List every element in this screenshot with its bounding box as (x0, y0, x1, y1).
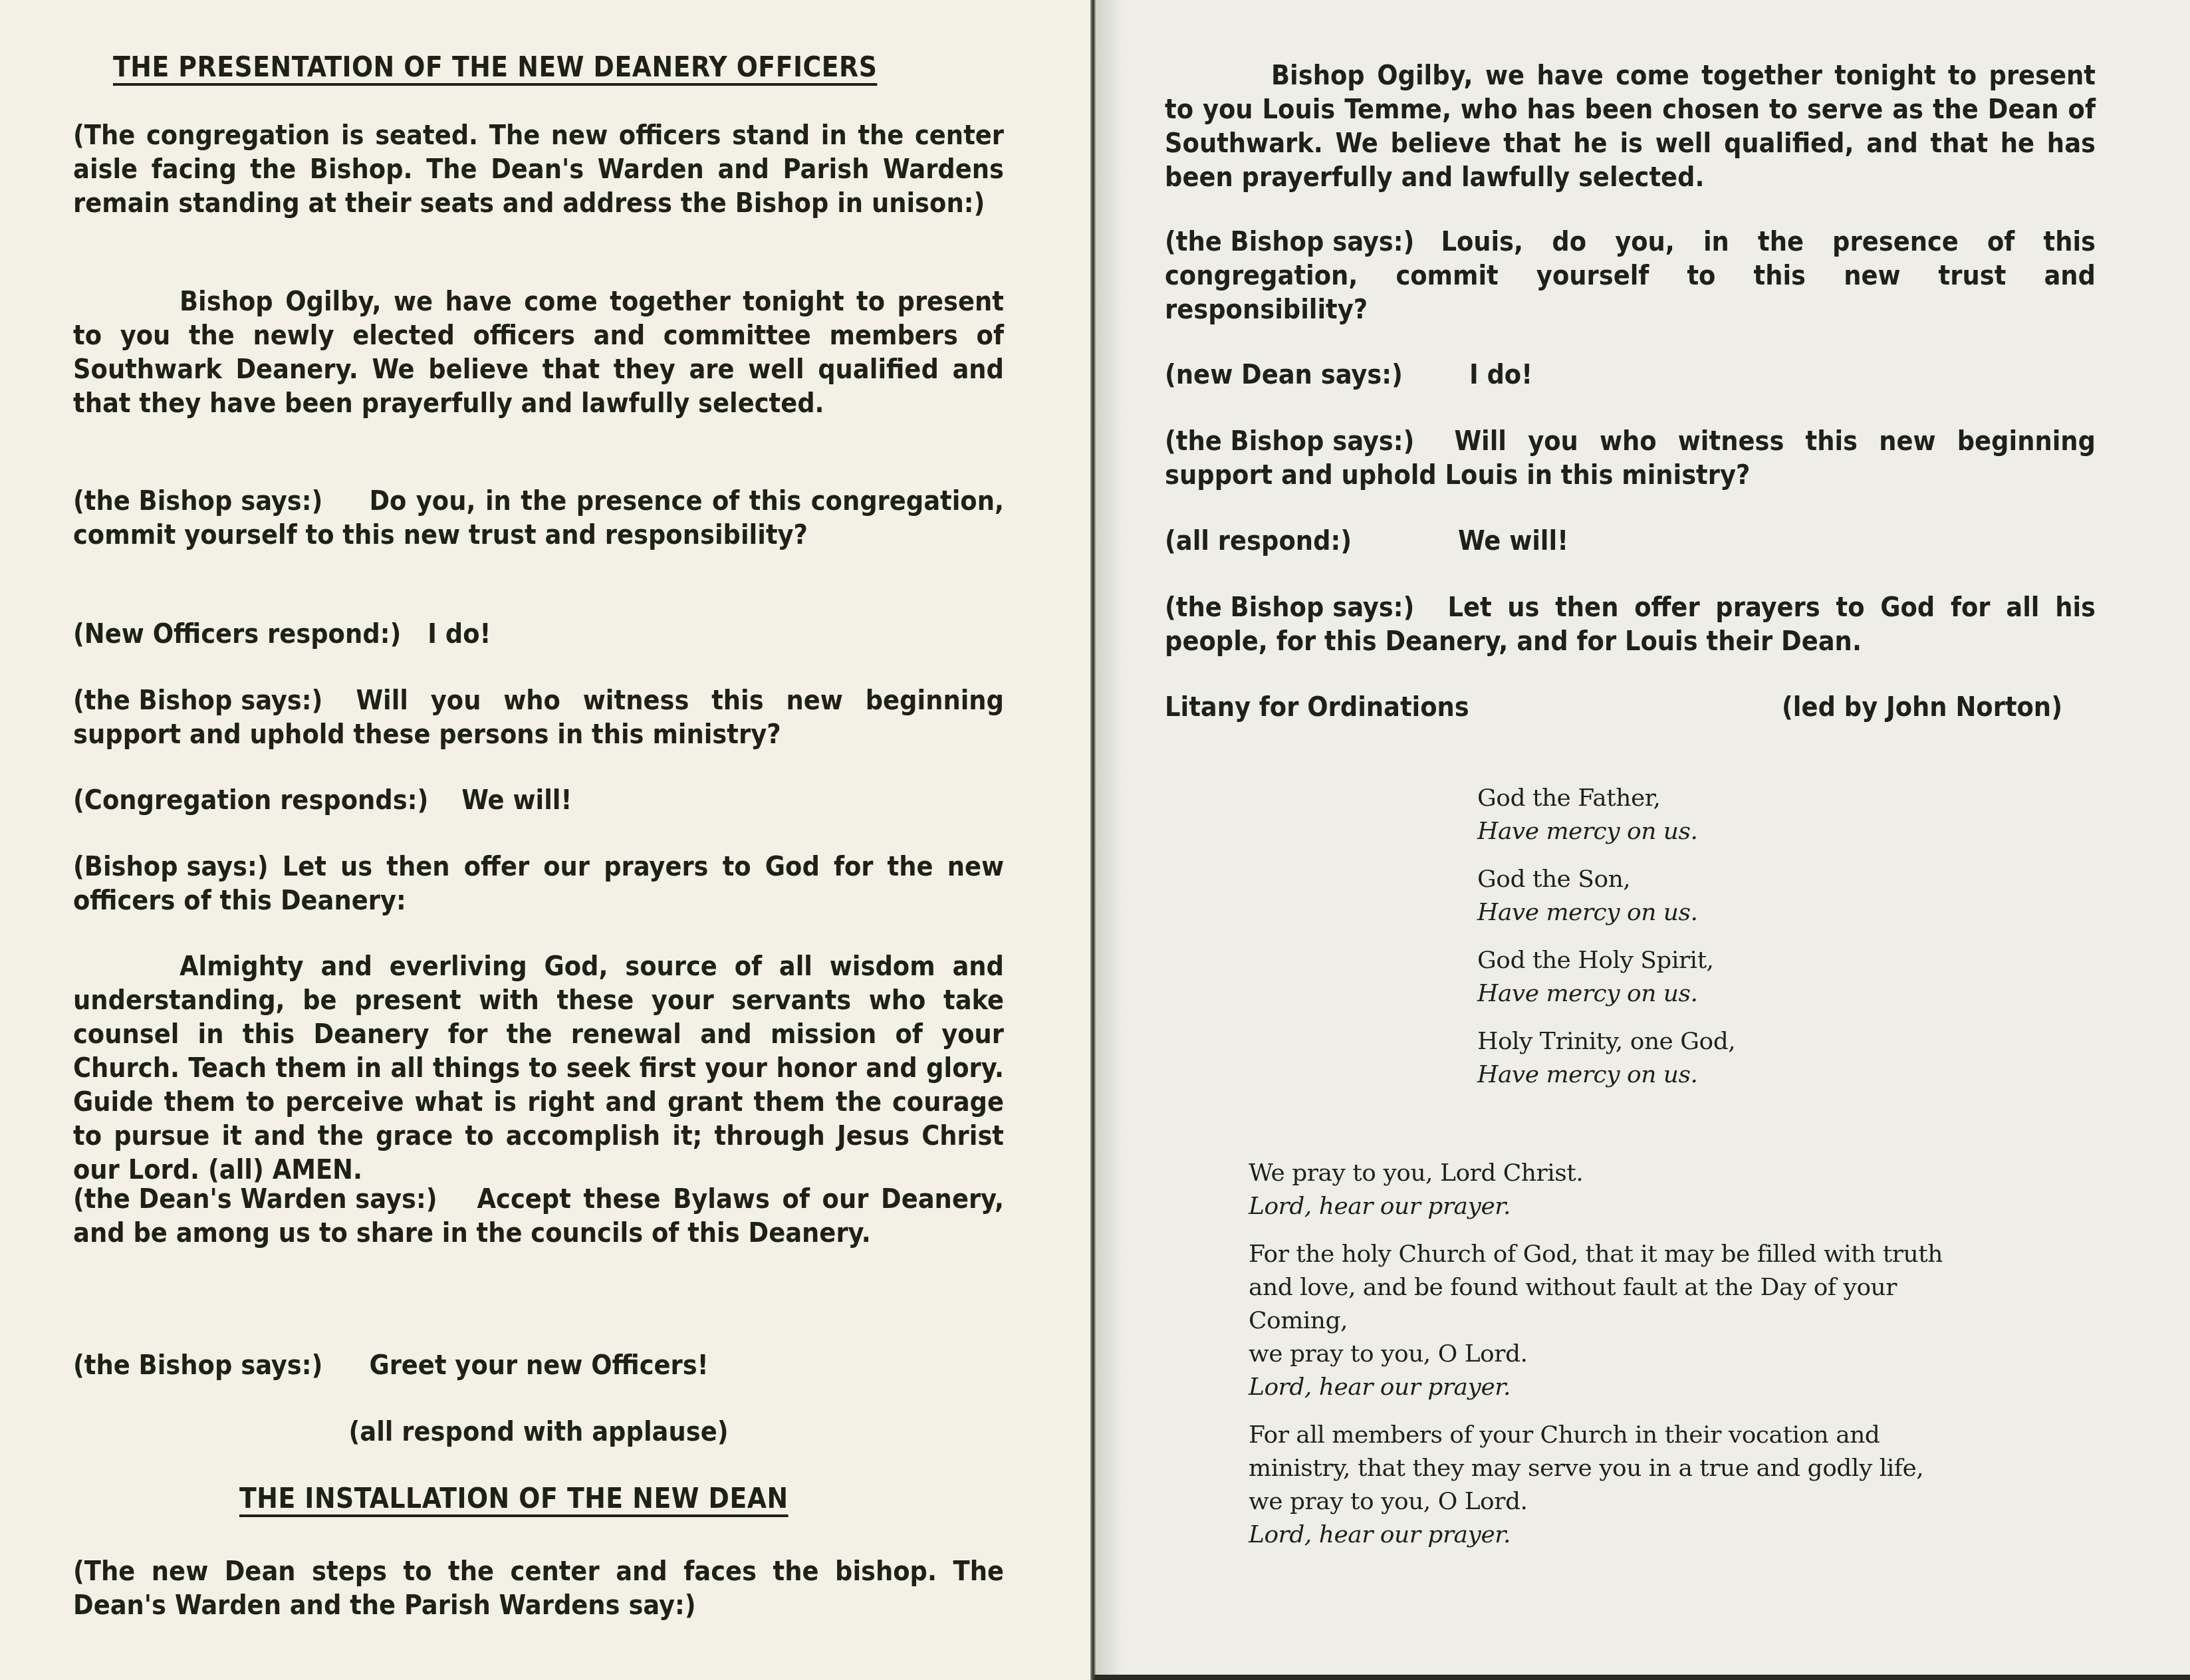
intro-rubric: (The congregation is seated. The new off… (73, 118, 1004, 220)
page-bottom-edge (1094, 1675, 2190, 1680)
officers-presentation-text: Bishop Ogilby, we have come together ton… (73, 285, 1004, 420)
dialogue-new-dean-says: (new Dean says:)I do! (1165, 358, 2096, 392)
petition-response: Lord, hear our prayer. (1249, 1190, 2080, 1223)
prayer-text: Almighty and everliving God, source of a… (73, 949, 1004, 1187)
invocation-item: God the Father, Have mercy on us. (1477, 782, 1943, 848)
dialogue-bishop-witness-louis: (the Bishop says:)Will you who witness t… (1165, 424, 2096, 492)
dialogue-bishop-prayer-intro: (Bishop says:) Let us then offer our pra… (73, 850, 1004, 917)
dean-rubric: (The new Dean steps to the center and fa… (73, 1554, 1004, 1622)
petition-line: we pray to you, O Lord. (1249, 1338, 2080, 1371)
section-heading-presentation: THE PRESENTATION OF THE NEW DEANERY OFFI… (113, 50, 877, 84)
dialogue-bishop-greet: (the Bishop says:)Greet your new Officer… (73, 1348, 1004, 1382)
invocation-item: God the Holy Spirit, Have mercy on us. (1477, 944, 1943, 1011)
speaker-label: (new Dean says:) (1165, 358, 1403, 392)
litany-title: Litany for Ordinations (1165, 690, 1469, 724)
spine-shadow (1096, 0, 1122, 1680)
petitions-block: We pray to you, Lord Christ. Lord, hear … (1249, 1157, 2080, 1566)
speaker-label: (the Bishop says:) (1165, 225, 1414, 259)
invocation-line: God the Son, (1477, 863, 1943, 896)
dialogue-wardens-bylaws: (the Dean's Warden says:)Accept these By… (73, 1182, 1004, 1250)
speaker-label: (the Bishop says:) (73, 484, 322, 518)
invocation-item: God the Son, Have mercy on us. (1477, 863, 1943, 929)
dean-presentation-text: Bishop Ogilby, we have come together ton… (1165, 59, 2096, 194)
petition-item: For all members of your Church in their … (1249, 1419, 2080, 1552)
invocation-response: Have mercy on us. (1477, 1058, 1943, 1092)
dialogue-bishop-louis-commit: (the Bishop says:)Louis, do you, in the … (1165, 225, 2096, 326)
speaker-label: (the Bishop says:) (73, 683, 322, 717)
invocation-line: God the Father, (1477, 782, 1943, 815)
petition-item: For the holy Church of God, that it may … (1249, 1238, 2080, 1404)
litany-header: Litany for Ordinations (led by John Nort… (1165, 690, 2062, 724)
dialogue-text: I do! (1469, 358, 1532, 390)
invocation-response: Have mercy on us. (1477, 896, 1943, 929)
dialogue-text: We will! (461, 784, 572, 816)
petition-line: For the holy Church of God, that it may … (1249, 1238, 2080, 1271)
speaker-label: (the Bishop says:) (1165, 424, 1414, 458)
invocation-response: Have mercy on us. (1477, 977, 1943, 1011)
litany-leader: (led by John Norton) (1782, 690, 2062, 724)
invocation-item: Holy Trinity, one God, Have mercy on us. (1477, 1025, 1943, 1092)
invocation-response: Have mercy on us. (1477, 815, 1943, 848)
speaker-label: (New Officers respond:) (73, 617, 401, 651)
petition-line: ministry, that they may serve you in a t… (1249, 1452, 2080, 1485)
invocation-line: Holy Trinity, one God, (1477, 1025, 1943, 1058)
speaker-label: (Congregation responds:) (73, 783, 428, 817)
invocations-block: God the Father, Have mercy on us. God th… (1477, 782, 1943, 1106)
dialogue-text: Greet your new Officers! (369, 1349, 708, 1381)
dialogue-officers-respond: (New Officers respond:)I do! (73, 617, 1004, 651)
petition-line: Coming, (1249, 1304, 2080, 1338)
petition-item: We pray to you, Lord Christ. Lord, hear … (1249, 1157, 2080, 1223)
dialogue-bishop-commit: (the Bishop says:)Do you, in the presenc… (73, 484, 1004, 552)
petition-line: we pray to you, O Lord. (1249, 1485, 2080, 1518)
dialogue-bishop-offer-prayers: (the Bishop says:)Let us then offer pray… (1165, 590, 2096, 658)
dialogue-all-respond: (all respond:)We will! (1165, 524, 2096, 558)
applause-rubric: (all respond with applause) (73, 1415, 1004, 1449)
speaker-label: (all respond:) (1165, 524, 1352, 558)
petition-response: Lord, hear our prayer. (1249, 1518, 2080, 1552)
speaker-label: (Bishop says:) (73, 850, 269, 884)
petition-response: Lord, hear our prayer. (1249, 1371, 2080, 1404)
dialogue-text: I do! (427, 618, 491, 650)
speaker-label: (the Bishop says:) (1165, 590, 1414, 624)
petition-line: and love, and be found without fault at … (1249, 1271, 2080, 1304)
petition-line: For all members of your Church in their … (1249, 1419, 2080, 1452)
section-heading-installation: THE INSTALLATION OF THE NEW DEAN (239, 1481, 789, 1515)
petition-line: We pray to you, Lord Christ. (1249, 1157, 2080, 1190)
dialogue-congregation-respond: (Congregation responds:)We will! (73, 783, 1004, 817)
invocation-line: God the Holy Spirit, (1477, 944, 1943, 977)
speaker-label: (the Dean's Warden says:) (73, 1182, 437, 1216)
book-spine (1090, 0, 1096, 1680)
dialogue-text: We will! (1458, 525, 1568, 556)
speaker-label: (the Bishop says:) (73, 1348, 322, 1382)
dialogue-bishop-witness: (the Bishop says:)Will you who witness t… (73, 683, 1004, 751)
